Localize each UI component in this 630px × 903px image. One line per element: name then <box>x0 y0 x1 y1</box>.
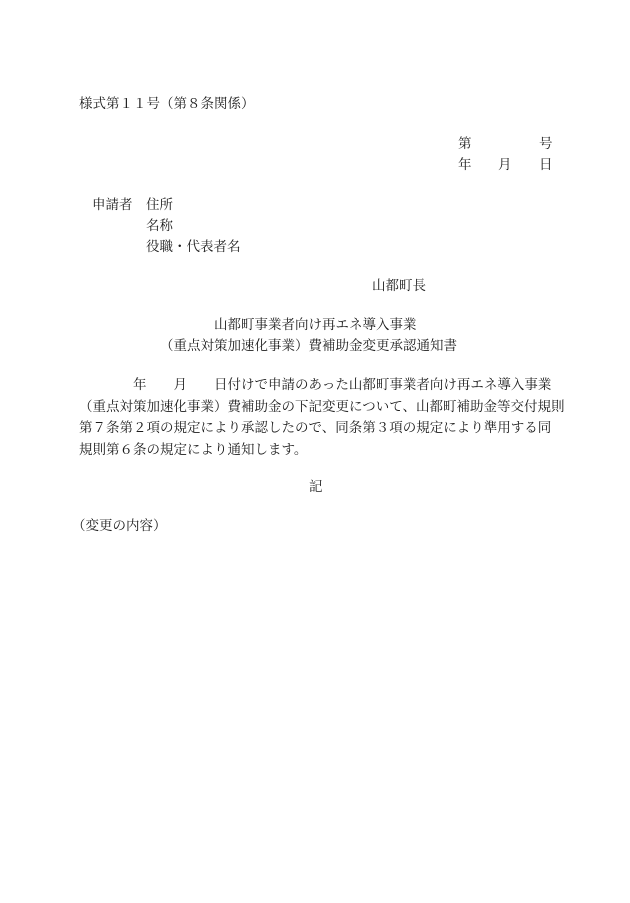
form-number: 様式第１１号（第８条関係） <box>79 94 255 116</box>
applicant-label: 申請者 <box>92 195 133 217</box>
document-title-line2: （重点対策加速化事業）費補助金変更承認通知書 <box>160 336 457 358</box>
date-month-label: 月 <box>498 155 512 177</box>
body-paragraph: 年月日付けで申請のあった山都町事業者向け再エネ導入事業 （重点対策加速化事業）費… <box>79 375 553 461</box>
body-line-2: （重点対策加速化事業）費補助金の下記変更について、山都町補助金等交付規則 <box>79 397 553 419</box>
date-year-label: 年 <box>458 155 472 177</box>
change-content-heading: （変更の内容） <box>72 516 167 538</box>
body-line-1-text: 日付けで申請のあった山都町事業者向け再エネ導入事業 <box>214 377 551 393</box>
body-month-label: 月 <box>174 377 188 393</box>
body-line-3: 第７条第２項の規定により承認したので、同条第３項の規定により準用する同 <box>79 418 553 440</box>
applicant-address-label: 住所 <box>146 195 173 217</box>
body-year-label: 年 <box>133 377 147 393</box>
date-day-label: 日 <box>539 155 553 177</box>
issue-number-prefix: 第 <box>458 134 472 156</box>
applicant-representative-label: 役職・代表者名 <box>146 237 241 259</box>
document-title-line1: 山都町事業者向け再エネ導入事業 <box>214 315 417 337</box>
applicant-name-label: 名称 <box>146 216 173 238</box>
ki-heading: 記 <box>309 477 323 499</box>
body-line-1: 年月日付けで申請のあった山都町事業者向け再エネ導入事業 <box>79 375 553 397</box>
sender-name: 山都町長 <box>372 276 426 298</box>
issue-number-suffix: 号 <box>539 134 553 156</box>
document-page: 様式第１１号（第８条関係） 第 号 年 月 日 申請者 住所 名称 役職・代表者… <box>0 0 630 903</box>
body-line-4: 規則第６条の規定により通知します。 <box>79 440 553 462</box>
